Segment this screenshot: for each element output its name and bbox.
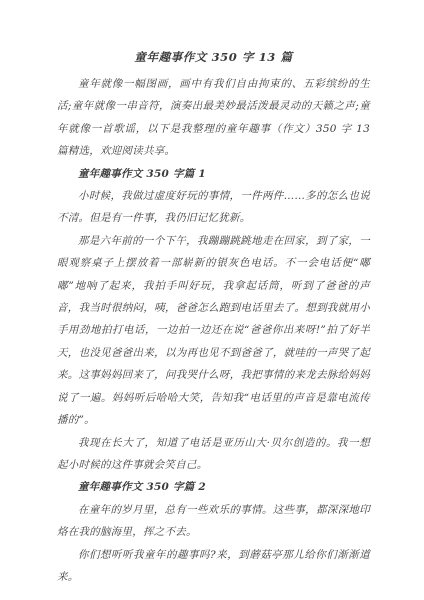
- paragraph: 你们想听听我童年的趣事吗?来，到蘑菇亭那儿给你们渐渐道来。: [57, 544, 370, 589]
- paragraph: 那是六年前的一个下午，我蹦蹦跳跳地走在回家，到了家，一眼观察桌子上摆放着一部崭新…: [57, 230, 370, 432]
- document-page: 童年趣事作文 350 字 13 篇 童年就像一幅图画，画中有我们自由拘束的、五彩…: [0, 0, 424, 600]
- paragraph: 童年就像一幅图画，画中有我们自由拘束的、五彩缤纷的生活;童年就像一串音符，演奏出…: [57, 73, 370, 163]
- section-heading: 童年趣事作文 350 字篇 2: [57, 476, 370, 498]
- paragraph: 在童年的岁月里，总有一些欢乐的事情。这些事，都深深地印烙在我的脑海里，挥之不去。: [57, 499, 370, 544]
- document-body: 童年就像一幅图画，画中有我们自由拘束的、五彩缤纷的生活;童年就像一串音符，演奏出…: [57, 73, 370, 588]
- section-heading: 童年趣事作文 350 字篇 1: [57, 163, 370, 185]
- paragraph: 我现在长大了，知道了电话是亚历山大·贝尔创造的。我一想起小时候的这件事就会笑自己…: [57, 432, 370, 477]
- paragraph: 小时候，我做过虚度好玩的事情，一件两件……多的怎么也说不清。但是有一件事，我仍旧…: [57, 185, 370, 230]
- document-title: 童年趣事作文 350 字 13 篇: [57, 49, 370, 65]
